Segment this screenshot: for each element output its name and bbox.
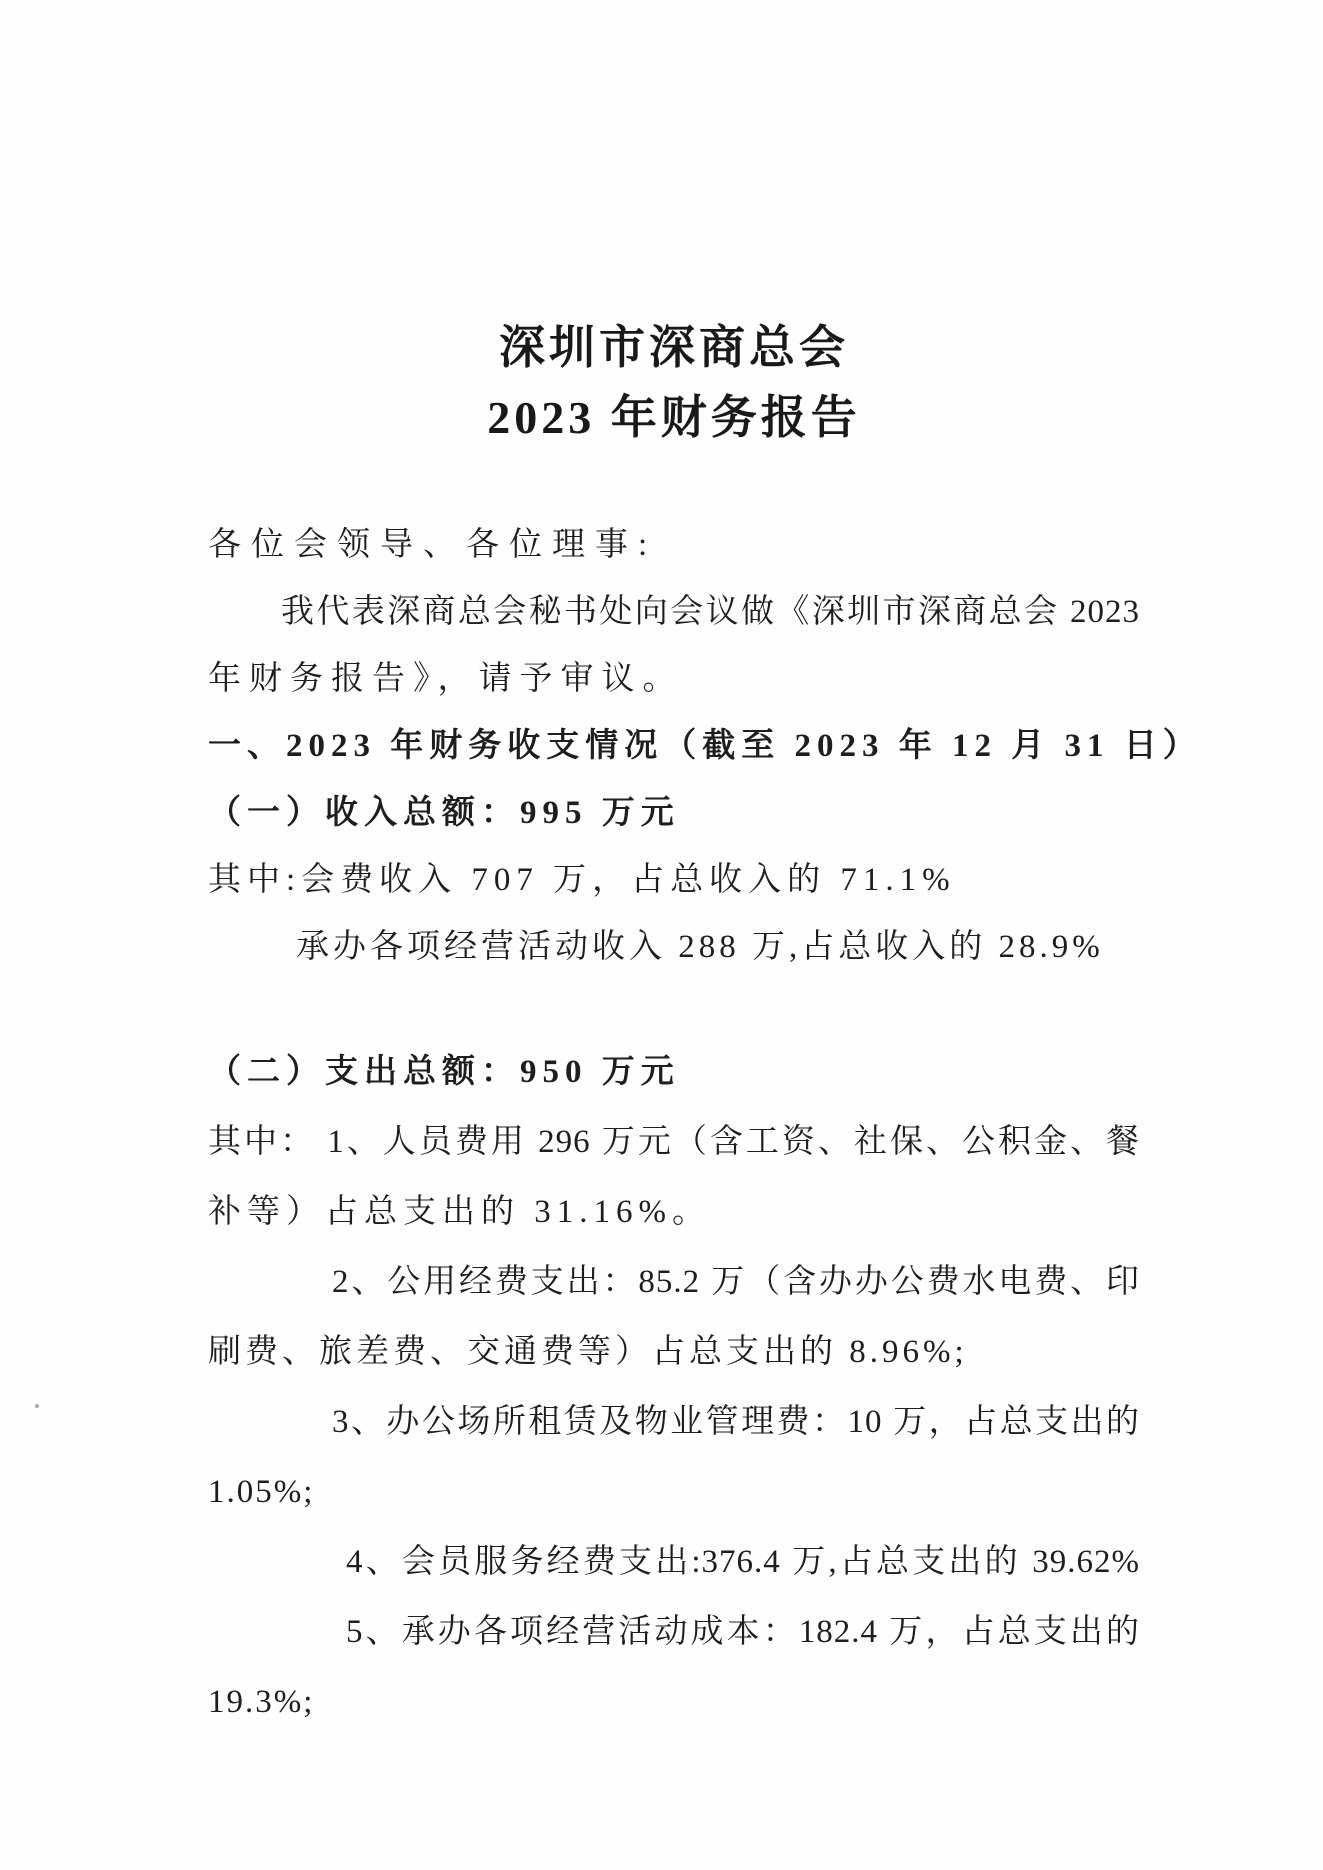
document-body: 各位会领导、各位理事: 我代表深商总会秘书处向会议做《深圳市深商总会 2023 … [208,512,1140,1737]
expense-item-5-line-2: 19.3%; [208,1667,1140,1737]
expense-item-3-line-1: 3、办公场所租赁及物业管理费：10 万，占总支出的 [208,1387,1140,1457]
section-1-heading: 一、2023 年财务收支情况（截至 2023 年 12 月 31 日） [208,713,1140,780]
section-income: 各位会领导、各位理事: 我代表深商总会秘书处向会议做《深圳市深商总会 2023 … [208,512,1140,981]
income-total-heading: （一）收入总额：995 万元 [208,780,1140,847]
document-content: 深圳市深商总会 2023 年财务报告 各位会领导、各位理事: 我代表深商总会秘书… [208,313,1140,1737]
salutation-line: 各位会领导、各位理事: [208,512,1140,579]
expense-item-1-line-2: 补等）占总支出的 31.16%。 [208,1177,1140,1247]
expense-item-2-line-1: 2、公用经费支出：85.2 万（含办办公费水电费、印 [208,1247,1140,1317]
scan-artifact-speck [35,1404,39,1408]
expense-item-3-line-2: 1.05%; [208,1457,1140,1527]
expense-item-4-line-1: 4、会员服务经费支出:376.4 万,占总支出的 39.62% [208,1527,1140,1597]
section-expense: （二）支出总额：950 万元 其中： 1、人员费用 296 万元（含工资、社保、… [208,1037,1140,1737]
expense-item-2-line-2: 刷费、旅差费、交通费等）占总支出的 8.96%; [208,1317,1140,1387]
expense-item-1-line-1: 其中： 1、人员费用 296 万元（含工资、社保、公积金、餐 [208,1107,1140,1177]
document-title: 深圳市深商总会 2023 年财务报告 [208,313,1140,453]
income-detail-activities: 承办各项经营活动收入 288 万,占总收入的 28.9% [208,914,1140,981]
title-line-2: 2023 年财务报告 [208,383,1140,453]
income-detail-membership: 其中:会费收入 707 万，占总收入的 71.1% [208,847,1140,914]
expense-item-5-line-1: 5、承办各项经营活动成本：182.4 万，占总支出的 [208,1597,1140,1667]
scanned-report-page: 深圳市深商总会 2023 年财务报告 各位会领导、各位理事: 我代表深商总会秘书… [0,0,1323,1870]
expense-total-heading: （二）支出总额：950 万元 [208,1037,1140,1107]
intro-line-1: 我代表深商总会秘书处向会议做《深圳市深商总会 2023 [208,579,1140,646]
title-line-1: 深圳市深商总会 [208,313,1140,383]
intro-line-2: 年财务报告》，请予审议。 [208,646,1140,713]
